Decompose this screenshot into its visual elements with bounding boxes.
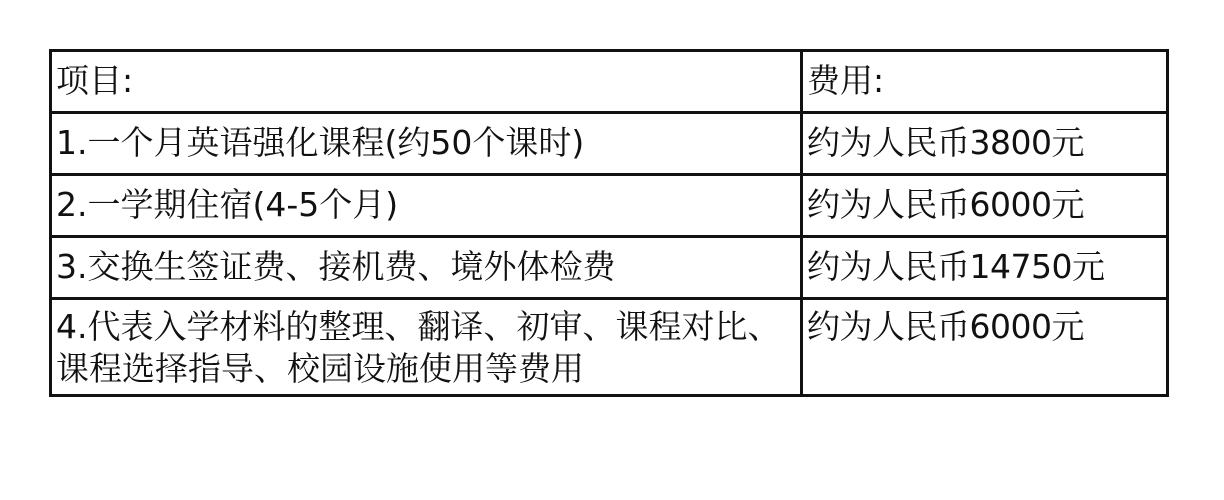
item-cell: 1.一个月英语强化课程(约50个课时) [51,113,802,175]
table-row: 1.一个月英语强化课程(约50个课时) 约为人民币3800元 [51,113,1168,175]
fee-table: 项目: 费用: 1.一个月英语强化课程(约50个课时) 约为人民币3800元 2… [49,49,1169,397]
header-item: 项目: [51,51,802,113]
header-row: 项目: 费用: [51,51,1168,113]
header-cost: 费用: [802,51,1168,113]
item-cell: 3.交换生签证费、接机费、境外体检费 [51,237,802,299]
item-cell: 4.代表入学材料的整理、翻译、初审、课程对比、课程选择指导、校园设施使用等费用 [51,299,802,396]
table-row: 2.一学期住宿(4-5个月) 约为人民币6000元 [51,175,1168,237]
cost-cell: 约为人民币6000元 [802,175,1168,237]
table-row: 3.交换生签证费、接机费、境外体检费 约为人民币14750元 [51,237,1168,299]
cost-cell: 约为人民币14750元 [802,237,1168,299]
cost-cell: 约为人民币3800元 [802,113,1168,175]
table-row: 4.代表入学材料的整理、翻译、初审、课程对比、课程选择指导、校园设施使用等费用 … [51,299,1168,396]
item-cell: 2.一学期住宿(4-5个月) [51,175,802,237]
cost-cell: 约为人民币6000元 [802,299,1168,396]
